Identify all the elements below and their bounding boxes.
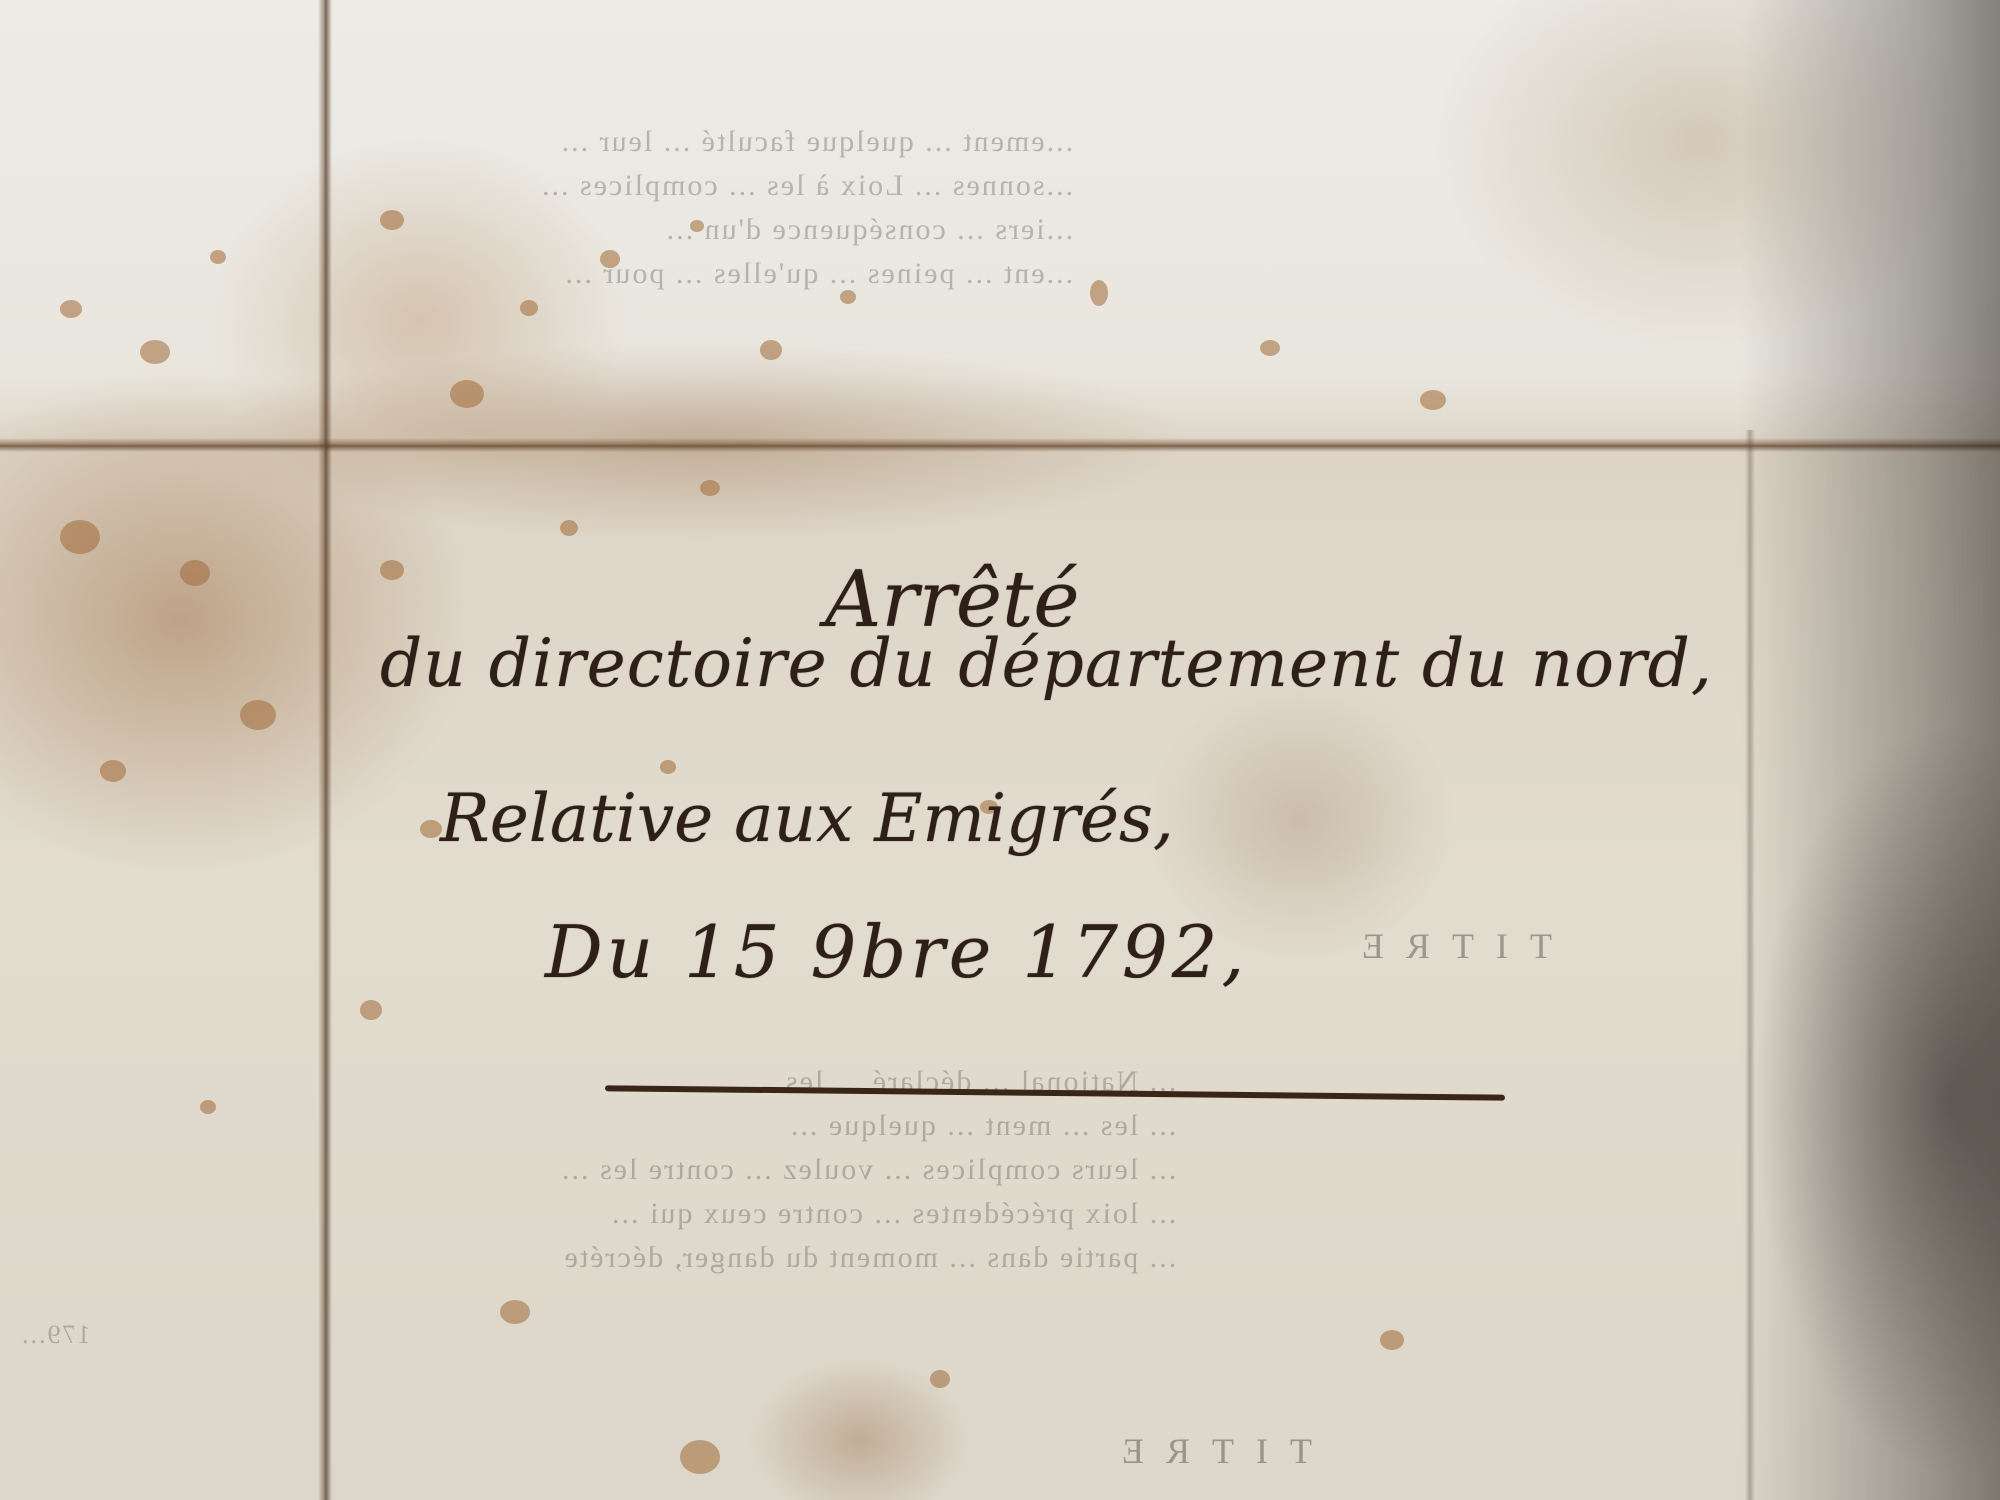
bleed-line: ...sonnes ... Loix à les ... complices .…	[540, 164, 1073, 208]
bleedthrough-side-fragment: 179...	[20, 1320, 91, 1350]
bleed-line: ...ement ... quelque faculté ... leur ..…	[540, 120, 1073, 164]
bleedthrough-heading-bottom: TITRE	[1100, 1430, 1312, 1472]
bleedthrough-heading-top: TITRE	[1340, 925, 1552, 967]
bleedthrough-upper-block: ...ement ... quelque faculté ... leur ..…	[540, 120, 1073, 296]
handwritten-line-directoire: du directoire du département du nord,	[380, 625, 1713, 702]
photo-shadow-right	[1740, 0, 2000, 1500]
bleed-line: ...iers ... conséquence d'un ...	[540, 208, 1073, 252]
bleed-line: ... partie dans ... moment du danger, dé…	[560, 1236, 1176, 1280]
bleed-heading-text: TITRE	[1340, 926, 1552, 966]
bleed-line: ... les ... ment ... quelque ...	[560, 1104, 1176, 1148]
horizontal-fold-line	[0, 438, 2000, 452]
handwritten-line-emigres: Relative aux Emigrés,	[440, 780, 1174, 857]
bleed-line: ... loix précédentes ... contre ceux qui…	[560, 1192, 1176, 1236]
bleed-heading-text: TITRE	[1100, 1431, 1312, 1471]
bleed-line: ... leurs complices ... voulez ... contr…	[560, 1148, 1176, 1192]
handwritten-line-date: Du 15 9bre 1792,	[545, 910, 1248, 994]
bleed-line: ...ent ... peines ... qu'elles ... pour …	[540, 252, 1073, 296]
vertical-fold-line	[318, 0, 332, 1500]
bleed-line: ... National ... déclaré ... les ...	[560, 1060, 1176, 1104]
bleed-side-text: 179...	[20, 1320, 91, 1349]
